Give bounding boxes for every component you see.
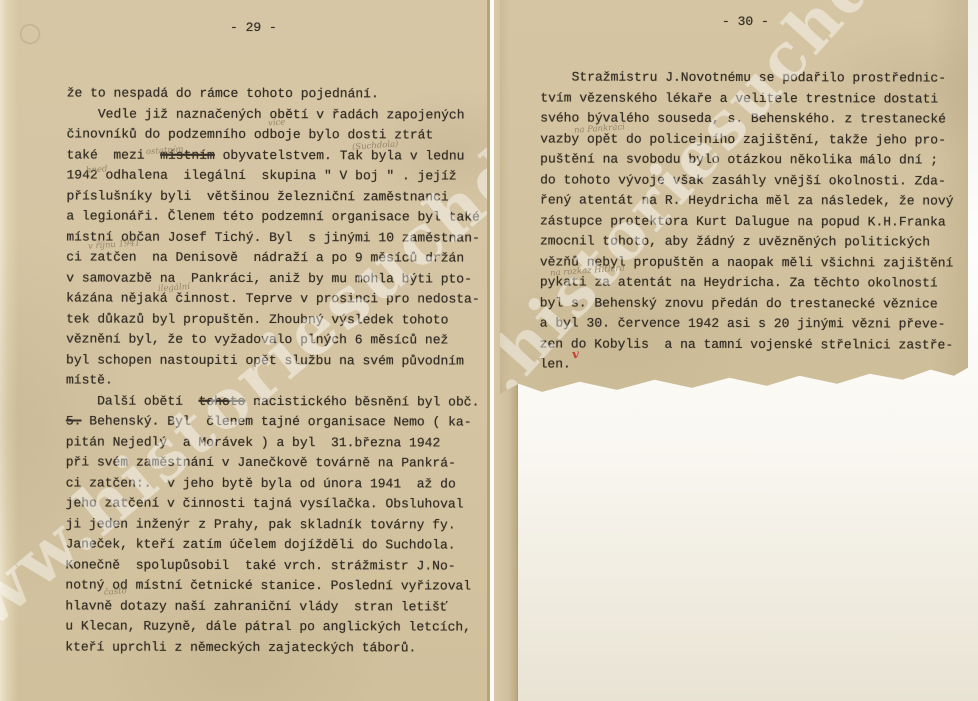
typed-line: vazby opět do policejního zajištění, tak…	[540, 129, 954, 151]
typed-line: ci zatčen na Denisově nádraží a po 9 měs…	[66, 247, 480, 269]
typed-text: obyvatelstvem. Tak byla v lednu	[215, 147, 465, 163]
typed-line: zen do Kobylis a na tamní vojenské střel…	[540, 334, 954, 356]
typed-text: ci zatčen:. v jeho bytě byla od února 19…	[66, 475, 456, 491]
typewritten-text-29: že to nespadá do rámce tohoto pojednání.…	[65, 83, 480, 658]
typed-line: u Klecan, Ruzyně, dále pátral po anglick…	[65, 616, 479, 638]
typed-text: a byl 30. července 1942 asi s 20 jinými …	[540, 315, 946, 331]
torn-paper-30: - 30 - Stražmistru J.Novotnému se podaři…	[500, 0, 968, 404]
typed-text: vazby opět do policejního zajištění, tak…	[540, 131, 946, 147]
typed-text: Stražmistru J.Novotnému se podařilo pros…	[540, 69, 946, 85]
struck-text: tohoto	[199, 393, 246, 408]
typed-text: pitán Nejedlý a Morávek ) a byl 31.březn…	[66, 434, 441, 450]
typed-text: také mezi	[67, 147, 161, 162]
typed-text: Vedle již naznačených obětí v řadách zap…	[67, 106, 465, 122]
typed-text: hlavně dotazy naší zahraniční vlády stra…	[65, 598, 447, 614]
typed-text: len.	[540, 356, 571, 371]
page-number-29: - 29 -	[230, 20, 277, 35]
typed-line: také mezi místním obyvatelstvem. Tak byl…	[67, 145, 481, 167]
typed-text: zmocnil tohoto, aby žádný z uvězněných p…	[540, 233, 930, 249]
typed-line: svého bývalého souseda, s. Behenského. z…	[540, 108, 954, 130]
typed-line: jeho zatčení v činnosti tajná vysílačka.…	[66, 493, 480, 515]
struck-text: místním	[160, 147, 215, 162]
typed-line: a legionáři. Členem této podzemní organi…	[66, 206, 480, 228]
typed-text: zen do Kobylis a na tamní vojenské střel…	[540, 336, 954, 352]
typed-text: věznění byl, že to vyžadovalo plných 6 m…	[66, 331, 448, 347]
typed-line: 1942 odhalena ilegální skupina " V boj "…	[66, 165, 480, 187]
typed-text: příslušníky byli většinou železniční zam…	[66, 188, 448, 204]
typed-line: zástupce protektora Kurt Dalugue na popu…	[540, 211, 954, 233]
scanned-document: - 29 - že to nespadá do rámce tohoto poj…	[0, 0, 978, 701]
typed-line: řený atentát na R. Heydricha měl za násl…	[540, 190, 954, 212]
typed-text: řený atentát na R. Heydricha měl za násl…	[540, 192, 954, 208]
typed-text: do tohoto vývoje však zasáhly vnější oko…	[540, 172, 946, 188]
typed-line: Další obětí tohoto nacistického běsnění …	[66, 391, 480, 413]
typed-line: při svém zaměstnání v Janečkově továrně …	[66, 452, 480, 474]
typed-text: pykati za atentát na Heydricha. Za těcht…	[540, 274, 938, 290]
typed-line: byl s. Behenský znovu předán do trestane…	[540, 293, 954, 315]
typed-text: Další obětí	[66, 393, 199, 408]
typed-line: že to nespadá do rámce tohoto pojednání.	[67, 83, 481, 105]
typed-line: notný od místní četnické stanice. Posled…	[65, 575, 479, 597]
typed-text: jeho zatčení v činnosti tajná vysílačka.…	[66, 495, 464, 511]
typed-text: Janeček, kteří zatím účelem dojížděli do…	[66, 536, 456, 552]
typed-line: len.	[540, 354, 954, 376]
typed-line: zmocnil tohoto, aby žádný z uvězněných p…	[540, 231, 954, 253]
typed-line: v samovazbě na Pankráci, aniž by mu mohl…	[66, 268, 480, 290]
typed-line: Vedle již naznačených obětí v řadách zap…	[67, 104, 481, 126]
typed-text: místní občan Josef Tichý. Byl s jinými 1…	[66, 229, 480, 245]
typed-text: tek důkazů byl propuštěn. Zhoubný výsled…	[66, 311, 448, 327]
typed-line: tek důkazů byl propuštěn. Zhoubný výsled…	[66, 309, 480, 331]
typed-text: u Klecan, Ruzyně, dále pátral po anglick…	[65, 618, 471, 634]
typed-text: puštění na svobodu bylo otázkou několika…	[540, 151, 938, 167]
typed-text: v samovazbě na Pankráci, aniž by mu mohl…	[66, 270, 472, 286]
typed-line: 5. Behenský. Byl členem tajné organisace…	[66, 411, 480, 433]
typewritten-text-30: Stražmistru J.Novotnému se podařilo pros…	[540, 67, 954, 376]
typed-line: věznění byl, že to vyžadovalo plných 6 m…	[66, 329, 480, 351]
typed-line: činovníků do podzemního odboje bylo dost…	[67, 124, 481, 146]
typed-line: do tohoto vývoje však zasáhly vnější oko…	[540, 170, 954, 192]
typed-line: Konečně spolupůsobil také vrch. strážmis…	[65, 555, 479, 577]
typed-text: tvím vězenského lékaře a velitele trestn…	[540, 90, 938, 106]
typed-text: ji jeden inženýr z Prahy, pak skladník t…	[66, 516, 456, 532]
typed-text: nacistického běsnění byl obč.	[245, 393, 479, 409]
typed-line: a byl 30. července 1942 asi s 20 jinými …	[540, 313, 954, 335]
typed-text: že to nespadá do rámce tohoto pojednání.	[67, 85, 379, 101]
typed-line: místě.	[66, 370, 480, 392]
typed-text: zástupce protektora Kurt Dalugue na popu…	[540, 213, 946, 229]
struck-text: 5.	[66, 413, 82, 428]
typed-line: místní občan Josef Tichý. Byl s jinými 1…	[66, 227, 480, 249]
typed-line: kteří uprchli z německých zajateckých tá…	[65, 637, 479, 659]
page-29-scan: - 29 - že to nespadá do rámce tohoto poj…	[0, 0, 490, 701]
typed-text: byl s. Behenský znovu předán do trestane…	[540, 295, 938, 311]
typed-text: 1942 odhalena ilegální skupina " V boj "…	[66, 167, 456, 183]
typed-text: ci zatčen na Denisově nádraží a po 9 měs…	[66, 249, 464, 265]
typed-text: Konečně spolupůsobil také vrch. strážmis…	[65, 557, 455, 573]
typed-line: puštění na svobodu bylo otázkou několika…	[540, 149, 954, 171]
page-30-scan: - 30 - Stražmistru J.Novotnému se podaři…	[494, 0, 978, 701]
typed-line: pykati za atentát na Heydricha. Za těcht…	[540, 272, 954, 294]
typed-line: ci zatčen:. v jeho bytě byla od února 19…	[66, 473, 480, 495]
typed-line: byl schopen nastoupiti opět službu na sv…	[66, 350, 480, 372]
typed-text: při svém zaměstnání v Janečkově továrně …	[66, 454, 456, 470]
typed-line: ji jeden inženýr z Prahy, pak skladník t…	[66, 514, 480, 536]
typed-line: Stražmistru J.Novotnému se podařilo pros…	[540, 67, 954, 89]
typed-text: a legionáři. Členem této podzemní organi…	[66, 208, 480, 224]
typed-line: hlavně dotazy naší zahraniční vlády stra…	[65, 596, 479, 618]
typed-text: místě.	[66, 372, 113, 387]
typed-line: tvím vězenského lékaře a velitele trestn…	[540, 88, 954, 110]
typed-text: byl schopen nastoupiti opět službu na sv…	[66, 352, 464, 368]
typed-text: kteří uprchli z německých zajateckých tá…	[65, 639, 416, 655]
typed-line: kázána nějaká činnost. Teprve v prosinci…	[66, 288, 480, 310]
typed-text: činovníků do podzemního odboje bylo dost…	[67, 126, 434, 142]
typed-line: vězňů nebyl propuštěn a naopak měli všic…	[540, 252, 954, 274]
typed-text: vězňů nebyl propuštěn a naopak měli všic…	[540, 254, 954, 270]
typed-line: příslušníky byli většinou železniční zam…	[66, 186, 480, 208]
typed-line: pitán Nejedlý a Morávek ) a byl 31.březn…	[66, 432, 480, 454]
typed-text: kázána nějaká činnost. Teprve v prosinci…	[66, 290, 480, 306]
typed-text: Behenský. Byl členem tajné organisace Ne…	[81, 413, 471, 429]
typed-line: Janeček, kteří zatím účelem dojížděli do…	[66, 534, 480, 556]
typed-text: notný od místní četnické stanice. Posled…	[65, 577, 471, 593]
typed-text: svého bývalého souseda, s. Behenského. z…	[540, 110, 946, 126]
page-number-30: - 30 -	[722, 14, 769, 29]
